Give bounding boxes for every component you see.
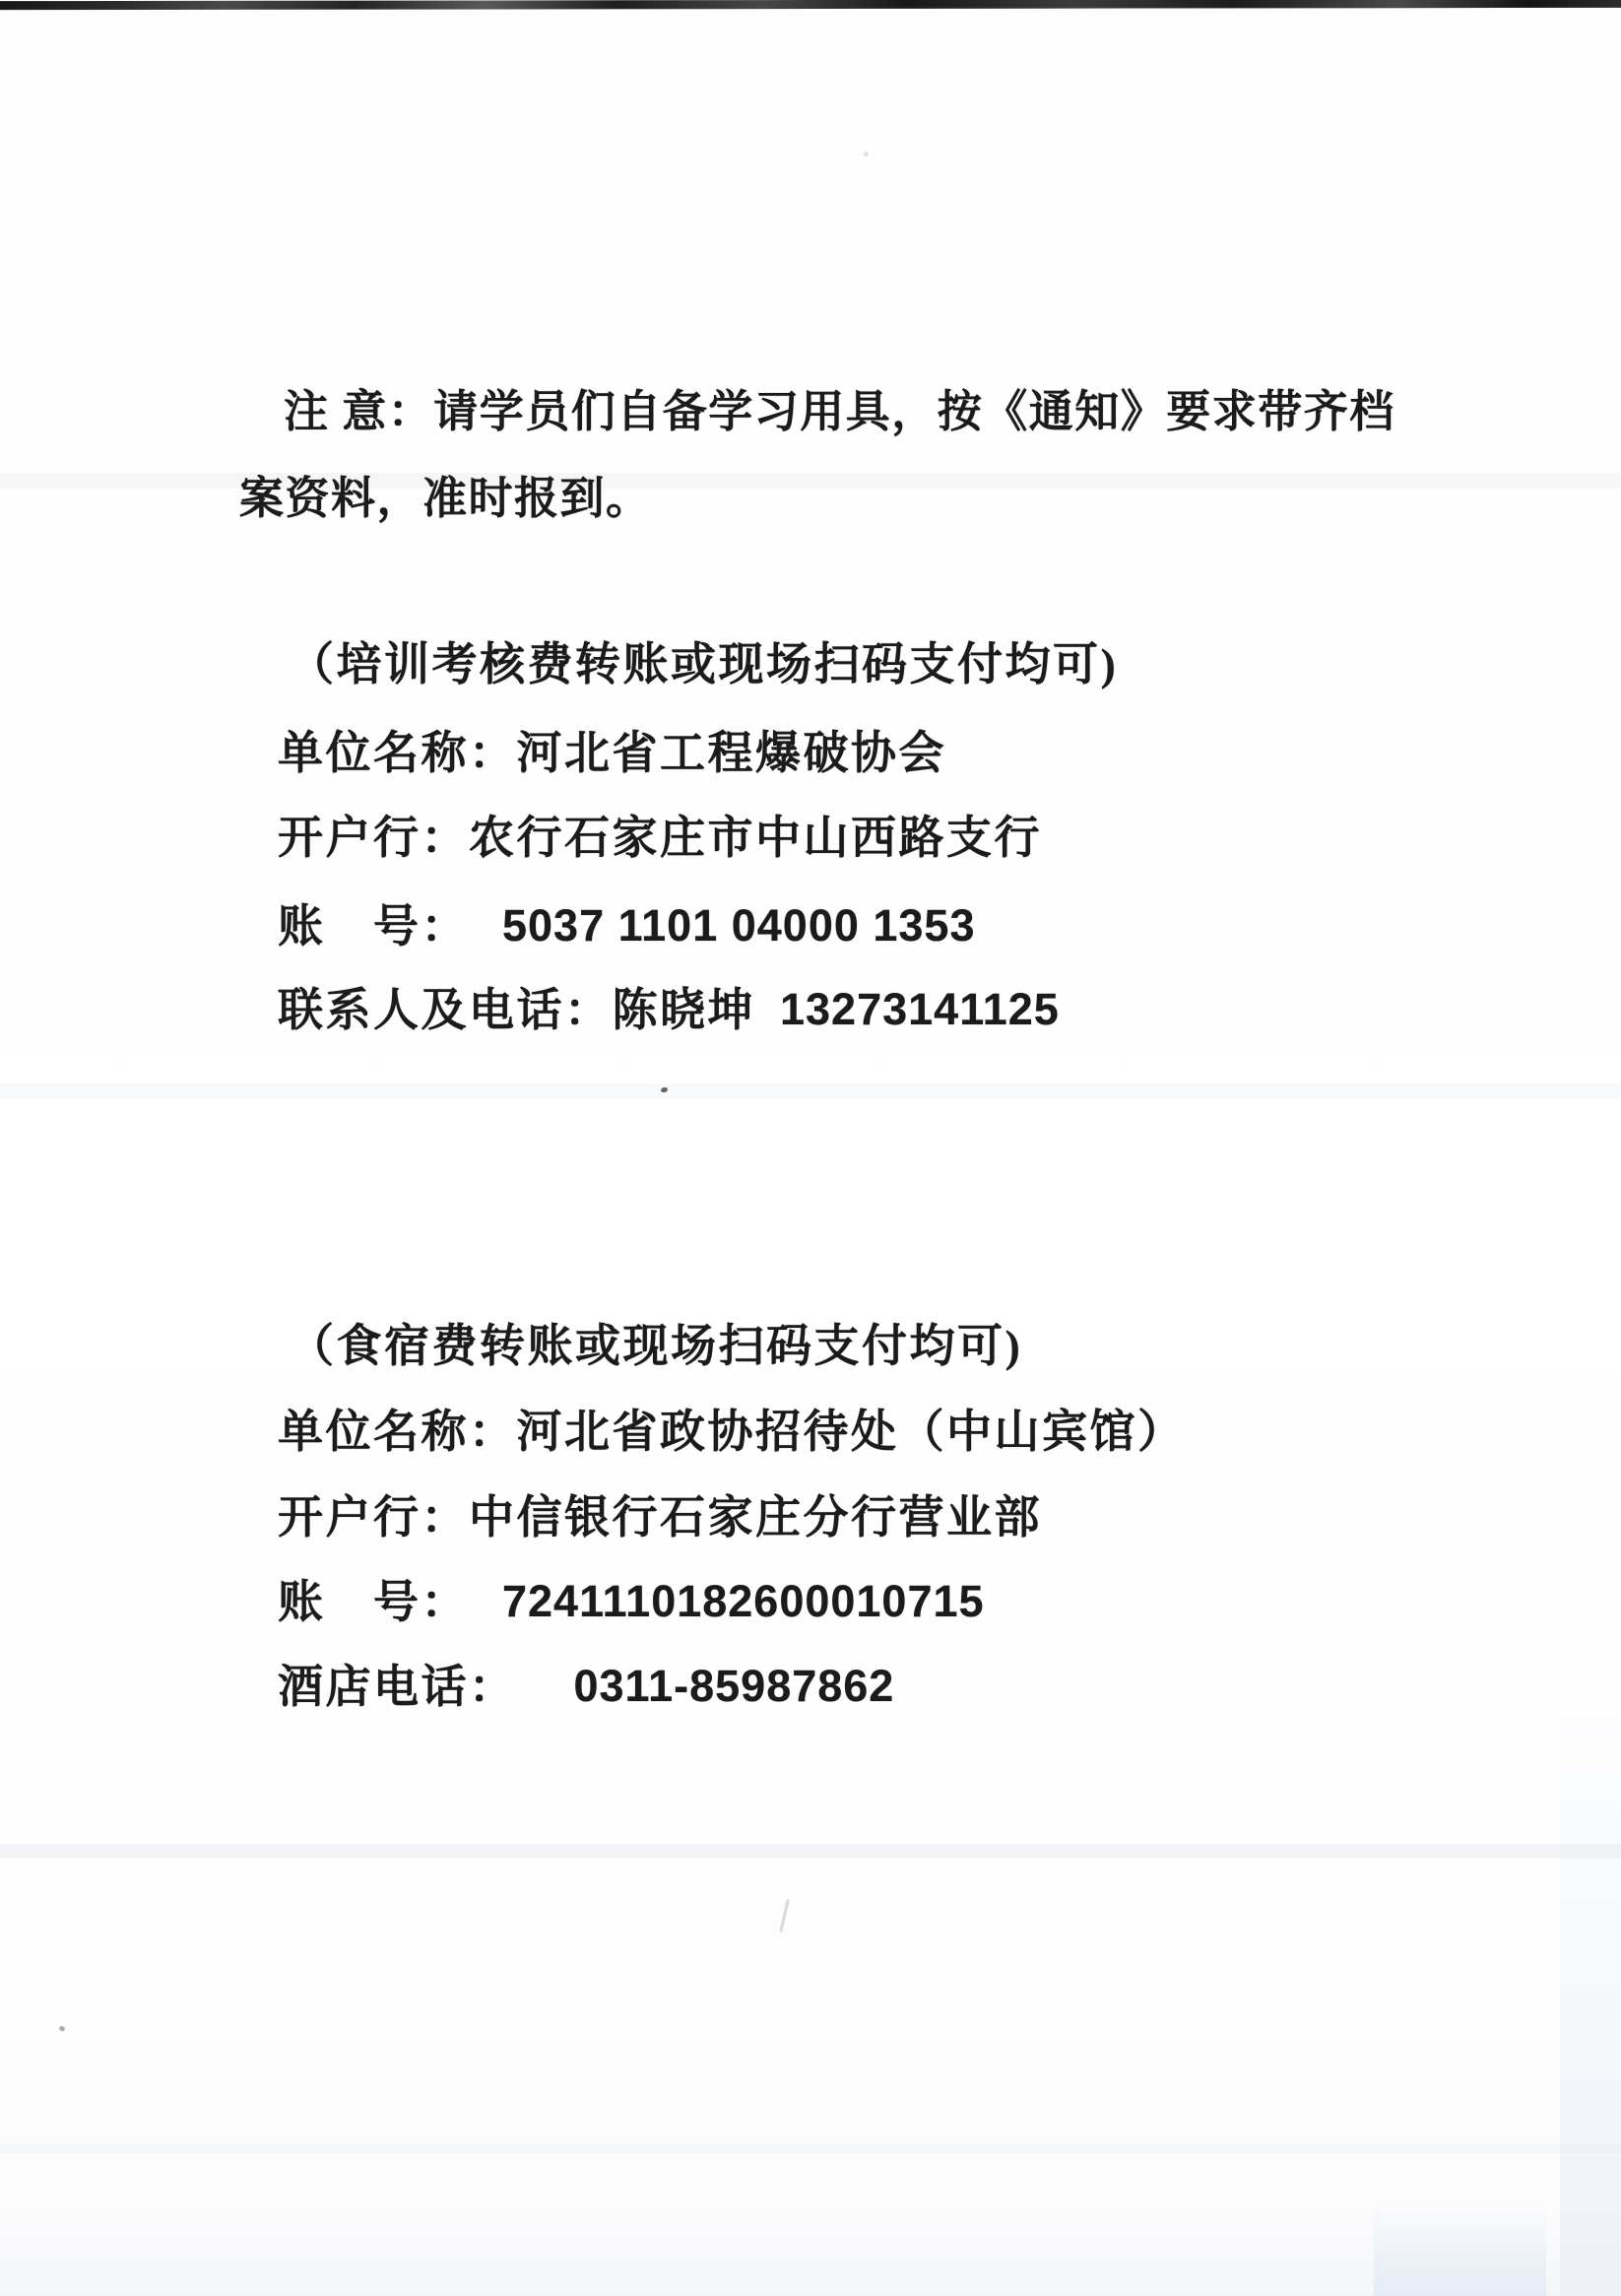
training-fee-bank-row: 开户行：农行石家庄市中山西路支行	[278, 816, 1042, 861]
hotel-phone-number: 0311-85987862	[574, 1661, 895, 1711]
training-fee-account-number-row: 账 号：5037 1101 04000 1353	[278, 904, 975, 950]
bank-label: 开户行：	[278, 1492, 469, 1542]
contact-name: 陈晓坤	[613, 985, 756, 1035]
ink-speck	[58, 2025, 65, 2032]
account-number-value: 5037 1101 04000 1353	[502, 900, 975, 951]
notice-paragraph-line-1: 注 意：请学员们自备学习用具，按《通知》要求带齐档	[284, 390, 1395, 434]
scanned-document-page: 注 意：请学员们自备学习用具，按《通知》要求带齐档 案资料，准时报到。 （培训考…	[0, 0, 1621, 2296]
account-number-label: 账 号：	[278, 901, 469, 951]
training-fee-contact-row: 联系人及电话：陈晓坤13273141125	[278, 988, 1060, 1033]
scan-mottle-bottom-edge	[0, 2202, 1621, 2296]
scan-streak-band	[0, 2143, 1621, 2153]
scan-tint-bottom-corner	[1374, 2198, 1546, 2296]
scan-tint-right-edge	[1560, 1674, 1621, 2296]
contact-phone-number: 13273141125	[780, 984, 1060, 1034]
lodging-fee-block-header: （食宿费转账或现场扫码支付均可)	[289, 1324, 1022, 1369]
notice-paragraph-line-2: 案资料，准时报到。	[239, 477, 652, 521]
unit-name-value: 河北省政协招待处（中山宾馆）	[517, 1407, 1186, 1457]
scan-streak-band	[0, 1083, 1621, 1099]
unit-name-value: 河北省工程爆破协会	[517, 728, 947, 778]
training-fee-block-header: （培训考核费转账或现场扫码支付均可)	[289, 642, 1118, 688]
lodging-fee-unit-name-row: 单位名称：河北省政协招待处（中山宾馆）	[278, 1410, 1186, 1455]
hotel-phone-row: 酒店电话：0311-85987862	[278, 1665, 894, 1710]
hotel-phone-label: 酒店电话：	[278, 1662, 517, 1712]
faint-dot-speck	[864, 152, 869, 157]
bank-label: 开户行：	[278, 813, 469, 863]
contact-label: 联系人及电话：	[278, 985, 613, 1035]
training-fee-unit-name-row: 单位名称：河北省工程爆破协会	[278, 731, 946, 776]
account-number-label: 账 号：	[278, 1577, 469, 1627]
lodging-fee-account-number-row: 账 号：7241110182600010715	[278, 1580, 985, 1625]
unit-name-label: 单位名称：	[278, 1407, 517, 1457]
account-number-value: 7241110182600010715	[502, 1576, 985, 1626]
ink-speck	[660, 1086, 668, 1093]
bank-value: 中信银行石家庄分行营业部	[469, 1492, 1042, 1542]
scan-edge-artifact-top	[0, 0, 1621, 10]
scan-streak-band	[0, 1844, 1621, 1858]
unit-name-label: 单位名称：	[278, 728, 517, 778]
bank-value: 农行石家庄市中山西路支行	[469, 813, 1042, 863]
scan-scratch-mark	[779, 1899, 790, 1933]
lodging-fee-bank-row: 开户行：中信银行石家庄分行营业部	[278, 1495, 1042, 1541]
